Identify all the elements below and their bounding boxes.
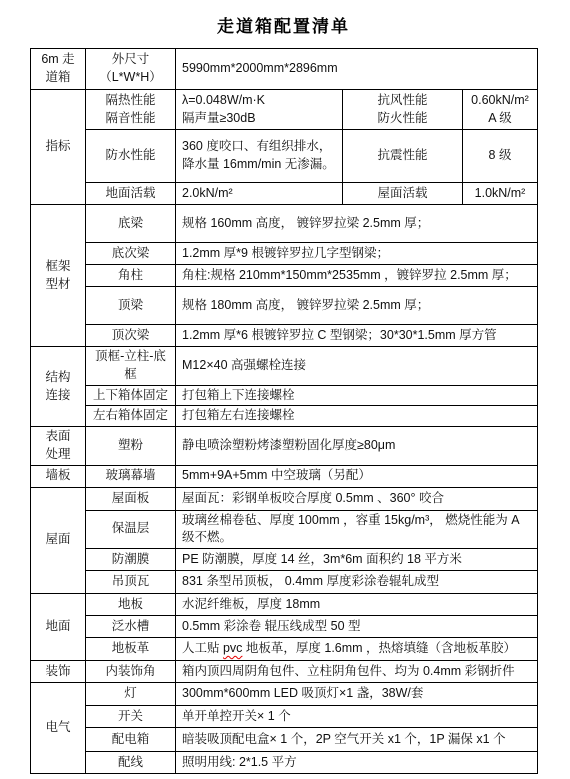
section-electrical: 电气 <box>31 683 86 774</box>
spec-value-cell: 1.2mm 厚*6 根镀锌罗拉 C 型钢梁；30*30*1.5mm 厚方管 <box>176 325 538 347</box>
spec-value-cell: 5mm+9A+5mm 中空玻璃（另配） <box>176 465 538 487</box>
spec-value-cell: 打包箱上下连接螺栓 <box>176 385 538 406</box>
section-walkway-box: 6m 走 道箱 <box>31 49 86 90</box>
spec-value-cell: 水泥纤维板，厚度 18mm <box>176 594 538 616</box>
spec-value-cell: 2.0kN/m² <box>176 183 343 205</box>
spec-label-cell: 抗震性能 <box>343 130 463 183</box>
spec-value-cell: 照明用线: 2*1.5 平方 <box>176 752 538 774</box>
spec-value-cell: 角柱:规格 210mm*150mm*2535mm ，镀锌罗拉 2.5mm 厚； <box>176 265 538 287</box>
spec-value-cell: 箱内顶四周阴角包件、立柱阴角包件、均为 0.4mm 彩钢折件 <box>176 661 538 683</box>
table-row: 开关 单开单控开关× 1 个 <box>31 706 538 728</box>
spec-label-cell: 保温层 <box>86 510 176 549</box>
table-row: 6m 走 道箱 外尺寸 （L*W*H） 5990mm*2000mm*2896mm <box>31 49 538 90</box>
spec-label-cell: 上下箱体固定 <box>86 385 176 406</box>
table-row: 地面 地板 水泥纤维板，厚度 18mm <box>31 594 538 616</box>
table-row: 配电箱 暗装吸顶配电盒× 1 个，2P 空气开关 x1 个，1P 漏保 x1 个 <box>31 728 538 752</box>
table-row: 指标 隔热性能 隔音性能 λ=0.048W/m·K 隔声量≥30dB 抗风性能 … <box>31 90 538 130</box>
table-row: 底次梁 1.2mm 厚*9 根镀锌罗拉几字型钢梁； <box>31 243 538 265</box>
table-row: 地板革 人工贴 pvc 地板革，厚度 1.6mm ，热熔填缝（含地板革胶） <box>31 638 538 661</box>
spec-label-cell: 底梁 <box>86 205 176 243</box>
spec-value-cell: 暗装吸顶配电盒× 1 个，2P 空气开关 x1 个，1P 漏保 x1 个 <box>176 728 538 752</box>
spec-label-cell: 角柱 <box>86 265 176 287</box>
spec-label-cell: 配电箱 <box>86 728 176 752</box>
spec-label-cell: 塑粉 <box>86 427 176 466</box>
spec-label-cell: 顶梁 <box>86 287 176 325</box>
spec-value-cell: 单开单控开关× 1 个 <box>176 706 538 728</box>
spec-value-cell: 0.60kN/m² A 级 <box>463 90 538 130</box>
table-row: 屋面 屋面板 屋面瓦：彩钢单板咬合厚度 0.5mm 、360° 咬合 <box>31 487 538 510</box>
spec-value-cell: 屋面瓦：彩钢单板咬合厚度 0.5mm 、360° 咬合 <box>176 487 538 510</box>
table-row: 防水性能 360 度咬口、有组织排水，降水量 16mm/min 无渗漏。 抗震性… <box>31 130 538 183</box>
spec-value-cell: 1.0kN/m² <box>463 183 538 205</box>
spec-label-cell: 地板革 <box>86 638 176 661</box>
spec-label-cell: 隔热性能 隔音性能 <box>86 90 176 130</box>
spec-value-cell: 规格 160mm 高度， 镀锌罗拉梁 2.5mm 厚； <box>176 205 538 243</box>
spec-value-cell: 1.2mm 厚*9 根镀锌罗拉几字型钢梁； <box>176 243 538 265</box>
table-row: 顶梁 规格 180mm 高度， 镀锌罗拉梁 2.5mm 厚； <box>31 287 538 325</box>
spec-label-cell: 玻璃幕墙 <box>86 465 176 487</box>
spec-value-cell: 300mm*600mm LED 吸顶灯×1 盏，38W/套 <box>176 683 538 706</box>
spec-value-cell: 静电喷涂塑粉烤漆塑粉固化厚度≥80μm <box>176 427 538 466</box>
spec-label-cell: 抗风性能 防火性能 <box>343 90 463 130</box>
spec-label-cell: 开关 <box>86 706 176 728</box>
table-row: 电气 灯 300mm*600mm LED 吸顶灯×1 盏，38W/套 <box>31 683 538 706</box>
spec-value-cell: 360 度咬口、有组织排水，降水量 16mm/min 无渗漏。 <box>176 130 343 183</box>
section-indicators: 指标 <box>31 90 86 205</box>
table-row: 防潮膜 PE 防潮膜，厚度 14 丝，3m*6m 面积约 18 平方米 <box>31 549 538 571</box>
spec-value-cell: 8 级 <box>463 130 538 183</box>
page-title: 走道箱配置清单 <box>30 12 537 37</box>
table-row: 结构 连接 顶框-立柱-底框 M12×40 高强螺栓连接 <box>31 347 538 386</box>
section-decoration: 装饰 <box>31 661 86 683</box>
spec-label-cell: 内装饰角 <box>86 661 176 683</box>
table-row: 装饰 内装饰角 箱内顶四周阴角包件、立柱阴角包件、均为 0.4mm 彩钢折件 <box>31 661 538 683</box>
spec-value-cell: 人工贴 pvc 地板革，厚度 1.6mm ，热熔填缝（含地板革胶） <box>176 638 538 661</box>
spec-value-cell: 831 条型吊顶板， 0.4mm 厚度彩涂卷辊轧成型 <box>176 571 538 594</box>
section-wall-panel: 墙板 <box>31 465 86 487</box>
spec-label-cell: 地板 <box>86 594 176 616</box>
spec-label-cell: 配线 <box>86 752 176 774</box>
spec-label-cell: 地面活载 <box>86 183 176 205</box>
spec-label-cell: 顶框-立柱-底框 <box>86 347 176 386</box>
spec-label-cell: 左右箱体固定 <box>86 406 176 427</box>
document-page: 走道箱配置清单 6m 走 道箱 外尺寸 （L*W*H） 5990mm*2000m… <box>0 0 570 779</box>
spec-label-cell: 屋面活载 <box>343 183 463 205</box>
table-row: 泛水槽 0.5mm 彩涂卷 辊压线成型 50 型 <box>31 616 538 638</box>
table-row: 表面 处理 塑粉 静电喷涂塑粉烤漆塑粉固化厚度≥80μm <box>31 427 538 466</box>
spec-label-cell: 屋面板 <box>86 487 176 510</box>
spec-value-cell: 5990mm*2000mm*2896mm <box>176 49 538 90</box>
section-structural-connection: 结构 连接 <box>31 347 86 427</box>
table-row: 吊顶瓦 831 条型吊顶板， 0.4mm 厚度彩涂卷辊轧成型 <box>31 571 538 594</box>
table-row: 框架 型材 底梁 规格 160mm 高度， 镀锌罗拉梁 2.5mm 厚； <box>31 205 538 243</box>
spec-label-cell: 灯 <box>86 683 176 706</box>
table-row: 保温层 玻璃丝棉卷毡、厚度 100mm ，容重 15kg/m³， 燃烧性能为 A… <box>31 510 538 549</box>
spec-value-cell: λ=0.048W/m·K 隔声量≥30dB <box>176 90 343 130</box>
section-roof: 屋面 <box>31 487 86 594</box>
spec-label-cell: 外尺寸 （L*W*H） <box>86 49 176 90</box>
table-row: 墙板 玻璃幕墙 5mm+9A+5mm 中空玻璃（另配） <box>31 465 538 487</box>
section-surface-treatment: 表面 处理 <box>31 427 86 466</box>
spec-value-cell: 玻璃丝棉卷毡、厚度 100mm ，容重 15kg/m³， 燃烧性能为 A 级不燃… <box>176 510 538 549</box>
spec-label-cell: 防水性能 <box>86 130 176 183</box>
spec-label-cell: 吊顶瓦 <box>86 571 176 594</box>
spec-label-cell: 顶次梁 <box>86 325 176 347</box>
spec-label-cell: 底次梁 <box>86 243 176 265</box>
spec-value-cell: 打包箱左右连接螺栓 <box>176 406 538 427</box>
table-row: 角柱 角柱:规格 210mm*150mm*2535mm ，镀锌罗拉 2.5mm … <box>31 265 538 287</box>
spec-value-cell: 0.5mm 彩涂卷 辊压线成型 50 型 <box>176 616 538 638</box>
table-row: 地面活载 2.0kN/m² 屋面活载 1.0kN/m² <box>31 183 538 205</box>
spec-value-cell: M12×40 高强螺栓连接 <box>176 347 538 386</box>
spec-label-cell: 泛水槽 <box>86 616 176 638</box>
spec-label-cell: 防潮膜 <box>86 549 176 571</box>
table-row: 顶次梁 1.2mm 厚*6 根镀锌罗拉 C 型钢梁；30*30*1.5mm 厚方… <box>31 325 538 347</box>
spec-table: 6m 走 道箱 外尺寸 （L*W*H） 5990mm*2000mm*2896mm… <box>30 48 538 774</box>
table-row: 上下箱体固定 打包箱上下连接螺栓 <box>31 385 538 406</box>
spec-value-cell: PE 防潮膜，厚度 14 丝，3m*6m 面积约 18 平方米 <box>176 549 538 571</box>
table-row: 左右箱体固定 打包箱左右连接螺栓 <box>31 406 538 427</box>
table-row: 配线 照明用线: 2*1.5 平方 <box>31 752 538 774</box>
section-floor: 地面 <box>31 594 86 661</box>
section-frame-profiles: 框架 型材 <box>31 205 86 347</box>
spec-value-cell: 规格 180mm 高度， 镀锌罗拉梁 2.5mm 厚； <box>176 287 538 325</box>
